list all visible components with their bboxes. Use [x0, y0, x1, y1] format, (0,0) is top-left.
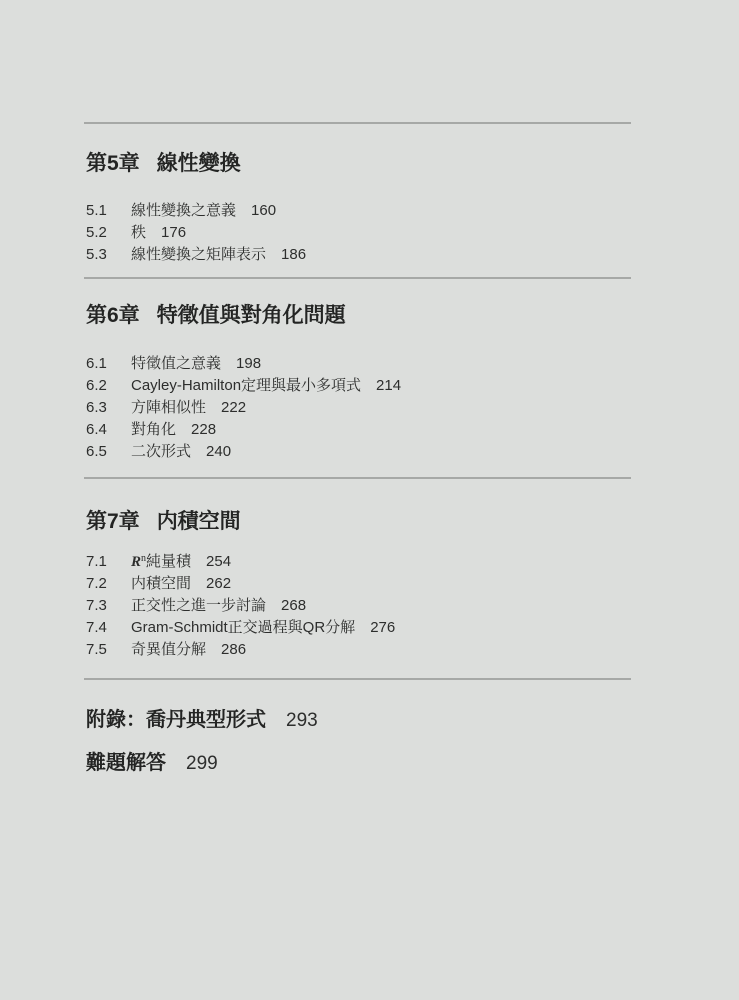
- horizontal-rule: [84, 678, 631, 680]
- appendix-row: 難題解答299: [86, 750, 218, 777]
- toc-section-row: 7.3 正交性之進一步討論 268: [86, 595, 395, 617]
- section-page-number: 268: [281, 595, 306, 617]
- section-number: 6.1: [86, 353, 131, 375]
- appendix-page-number: 299: [186, 753, 218, 774]
- section-title: 正交性之進一步討論: [131, 595, 266, 617]
- section-number: 7.5: [86, 639, 131, 661]
- toc-section-row: 6.3 方陣相似性 222: [86, 397, 401, 419]
- section-page-number: 262: [206, 573, 231, 595]
- section-title: 秩: [131, 222, 146, 244]
- chapter-title: 内積空間: [157, 510, 241, 533]
- section-page-number: 186: [281, 244, 306, 266]
- section-page-number: 286: [221, 639, 246, 661]
- chapter-label: 第5章: [86, 152, 140, 175]
- section-title: 對角化: [131, 419, 176, 441]
- math-symbol: R: [131, 554, 141, 570]
- section-title: 内積空間: [131, 573, 191, 595]
- chapter-heading: 第5章線性變換: [86, 152, 241, 176]
- chapter-heading: 第6章特徵值與對角化問題: [86, 304, 346, 328]
- section-title: 特徵值之意義: [131, 353, 221, 375]
- appendix-row: 附錄：喬丹典型形式293: [86, 707, 318, 734]
- section-page-number: 276: [370, 617, 395, 639]
- section-number: 5.1: [86, 200, 131, 222]
- section-page-number: 228: [191, 419, 216, 441]
- section-title: Cayley-Hamilton定理與最小多項式: [131, 375, 361, 397]
- toc-section-row: 5.1 線性變換之意義 160: [86, 200, 306, 222]
- section-number: 6.2: [86, 375, 131, 397]
- section-page-number: 222: [221, 397, 246, 419]
- chapter-section-list: 6.1 特徵值之意義 198 6.2 Cayley-Hamilton定理與最小多…: [86, 353, 401, 463]
- toc-page: 第5章線性變換 5.1 線性變換之意義 160 5.2 秩 176 5.3 線性…: [0, 0, 739, 1000]
- section-page-number: 160: [251, 200, 276, 222]
- section-title-text: 純量積: [146, 553, 191, 570]
- appendix-title: 難題解答: [86, 752, 166, 774]
- toc-section-row: 6.2 Cayley-Hamilton定理與最小多項式 214: [86, 375, 401, 397]
- section-number: 7.1: [86, 551, 131, 573]
- chapter-section-list: 5.1 線性變換之意義 160 5.2 秩 176 5.3 線性變換之矩陣表示 …: [86, 200, 306, 266]
- section-title: Rn純量積: [131, 551, 191, 573]
- toc-section-row: 6.5 二次形式 240: [86, 441, 401, 463]
- section-number: 6.4: [86, 419, 131, 441]
- section-page-number: 198: [236, 353, 261, 375]
- appendix-title: 附錄：喬丹典型形式: [86, 709, 266, 731]
- horizontal-rule: [84, 122, 631, 124]
- toc-section-row: 6.4 對角化 228: [86, 419, 401, 441]
- toc-section-row: 7.2 内積空間 262: [86, 573, 395, 595]
- horizontal-rule: [84, 277, 631, 279]
- section-title: 奇異值分解: [131, 639, 206, 661]
- toc-section-row: 7.4 Gram-Schmidt正交過程與QR分解 276: [86, 617, 395, 639]
- section-page-number: 254: [206, 551, 231, 573]
- section-title: 二次形式: [131, 441, 191, 463]
- section-number: 7.4: [86, 617, 131, 639]
- section-title: 線性變換之矩陣表示: [131, 244, 266, 266]
- section-number: 6.5: [86, 441, 131, 463]
- section-page-number: 176: [161, 222, 186, 244]
- section-number: 6.3: [86, 397, 131, 419]
- section-number: 7.3: [86, 595, 131, 617]
- chapter-title: 特徵值與對角化問題: [157, 304, 346, 327]
- toc-section-row: 7.5 奇異值分解 286: [86, 639, 395, 661]
- section-title: 線性變換之意義: [131, 200, 236, 222]
- chapter-label: 第6章: [86, 304, 140, 327]
- appendix-page-number: 293: [286, 710, 318, 731]
- toc-section-row: 5.2 秩 176: [86, 222, 306, 244]
- toc-section-row: 6.1 特徵值之意義 198: [86, 353, 401, 375]
- chapter-title: 線性變換: [157, 152, 241, 175]
- chapter-section-list: 7.1 Rn純量積 254 7.2 内積空間 262 7.3 正交性之進一步討論…: [86, 551, 395, 661]
- section-page-number: 214: [376, 375, 401, 397]
- horizontal-rule: [84, 477, 631, 479]
- toc-section-row: 7.1 Rn純量積 254: [86, 551, 395, 573]
- section-number: 5.2: [86, 222, 131, 244]
- chapter-heading: 第7章内積空間: [86, 510, 241, 534]
- section-number: 7.2: [86, 573, 131, 595]
- section-title: Gram-Schmidt正交過程與QR分解: [131, 617, 355, 639]
- toc-section-row: 5.3 線性變換之矩陣表示 186: [86, 244, 306, 266]
- chapter-label: 第7章: [86, 510, 140, 533]
- section-page-number: 240: [206, 441, 231, 463]
- section-number: 5.3: [86, 244, 131, 266]
- section-title: 方陣相似性: [131, 397, 206, 419]
